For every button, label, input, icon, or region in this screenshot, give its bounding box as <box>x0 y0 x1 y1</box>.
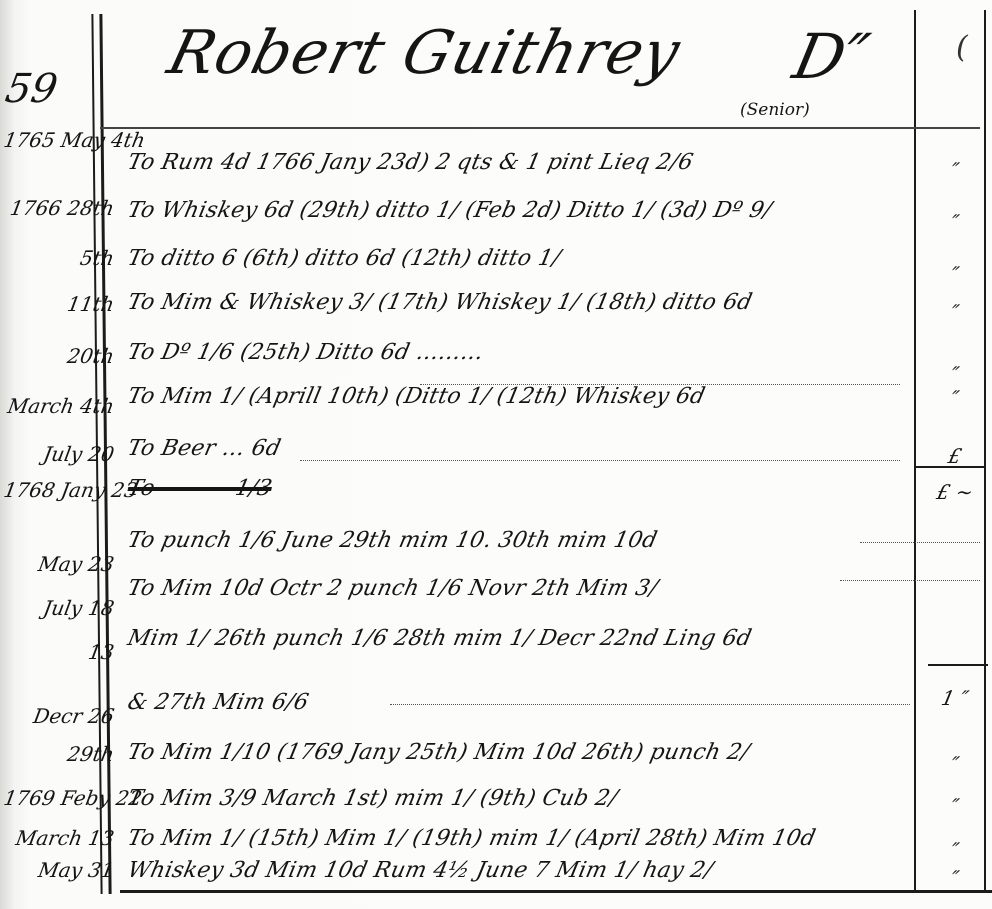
dotted-leader <box>840 580 980 581</box>
entry-date: 1768 Jany 23 <box>2 478 116 502</box>
entry-text: To Dº 1/6 (25th) Ditto 6d ……… <box>125 340 486 365</box>
entry-amount: £ ~ <box>927 480 982 504</box>
account-qualifier: (Senior) <box>740 100 810 120</box>
entry-date: March 13 <box>2 826 116 850</box>
entry-text: Whiskey 3d Mim 10d Rum 4½ June 7 Mim 1/ … <box>125 858 715 883</box>
debit-marker: D″ <box>787 20 875 93</box>
entry-date: 11th <box>2 292 116 316</box>
entry-date: 5th <box>2 246 116 270</box>
entry-text: Mim 1/ 26th punch 1/6 28th mim 1/ Decr 2… <box>125 626 753 651</box>
entry-date: July 20 <box>2 442 116 466</box>
entry-date: 1766 28th <box>2 196 116 220</box>
entry-text: To punch 1/6 June 29th mim 10. 30th mim … <box>125 528 659 553</box>
entry-text: & 27th Mim 6/6 <box>125 690 311 715</box>
entry-amount: ″ <box>927 300 982 324</box>
entry-amount: ″ <box>927 362 982 386</box>
entry-text: To Mim 1/ (Aprill 10th) (Ditto 1/ (12th)… <box>125 384 707 409</box>
amount-column-rule <box>914 10 916 892</box>
entry-text: To Mim & Whiskey 3/ (17th) Whiskey 1/ (1… <box>125 290 754 315</box>
entry-text: To Mim 1/10 (1769 Jany 25th) Mim 10d 26t… <box>125 740 752 765</box>
entry-amount: ″ <box>927 866 982 890</box>
entry-text: To Rum 4d 1766 Jany 23d) 2 qts & 1 pint … <box>125 150 695 175</box>
entry-amount: 1 ″ <box>927 686 982 710</box>
entry-amount: ″ <box>927 386 982 410</box>
footer-rule <box>120 890 992 893</box>
subtotal-rule-2 <box>928 664 988 666</box>
entry-amount: ″ <box>927 838 982 862</box>
entry-text: To Whiskey 6d (29th) ditto 1/ (Feb 2d) D… <box>125 198 774 223</box>
entry-date: July 18 <box>2 596 116 620</box>
dotted-leader <box>390 704 910 705</box>
entry-text-struck: To ——— 1/3 <box>125 476 274 501</box>
page-number: 59 <box>2 66 61 112</box>
entry-text: To Mim 1/ (15th) Mim 1/ (19th) mim 1/ (A… <box>125 826 817 851</box>
entry-date: Decr 26 <box>2 704 116 728</box>
entry-date: 13 <box>2 640 116 664</box>
entry-amount: ″ <box>927 262 982 286</box>
entry-date: 1769 Feby 22 <box>2 786 116 810</box>
ledger-page: 59 Robert Guithrey D″ (Senior) ( 1765 Ma… <box>0 0 992 909</box>
entry-date: May 23 <box>2 552 116 576</box>
page-edge-rule <box>984 10 986 892</box>
entry-amount: ″ <box>927 158 982 182</box>
entry-date: March 4th <box>2 394 116 418</box>
entry-date: 1765 May 4th <box>2 128 116 152</box>
entry-date: May 31 <box>2 858 116 882</box>
dotted-leader <box>860 542 980 543</box>
entry-amount: ″ <box>927 210 982 234</box>
entry-amount: ″ <box>927 752 982 776</box>
entry-text: To ditto 6 (6th) ditto 6d (12th) ditto 1… <box>125 246 563 271</box>
corner-mark: ( <box>956 30 968 65</box>
header-rule <box>100 127 980 129</box>
entry-text: To Beer … 6d <box>125 436 283 461</box>
entry-date: 20th <box>2 344 116 368</box>
entry-amount: ″ <box>927 794 982 818</box>
entry-amount: £ <box>927 444 982 468</box>
entry-text: To Mim 3/9 March 1st) mim 1/ (9th) Cub 2… <box>125 786 620 811</box>
entry-date: 29th <box>2 742 116 766</box>
entry-text: To Mim 10d Octr 2 punch 1/6 Novr 2th Mim… <box>125 576 660 601</box>
dotted-leader <box>300 460 900 461</box>
account-name: Robert Guithrey <box>161 18 687 88</box>
